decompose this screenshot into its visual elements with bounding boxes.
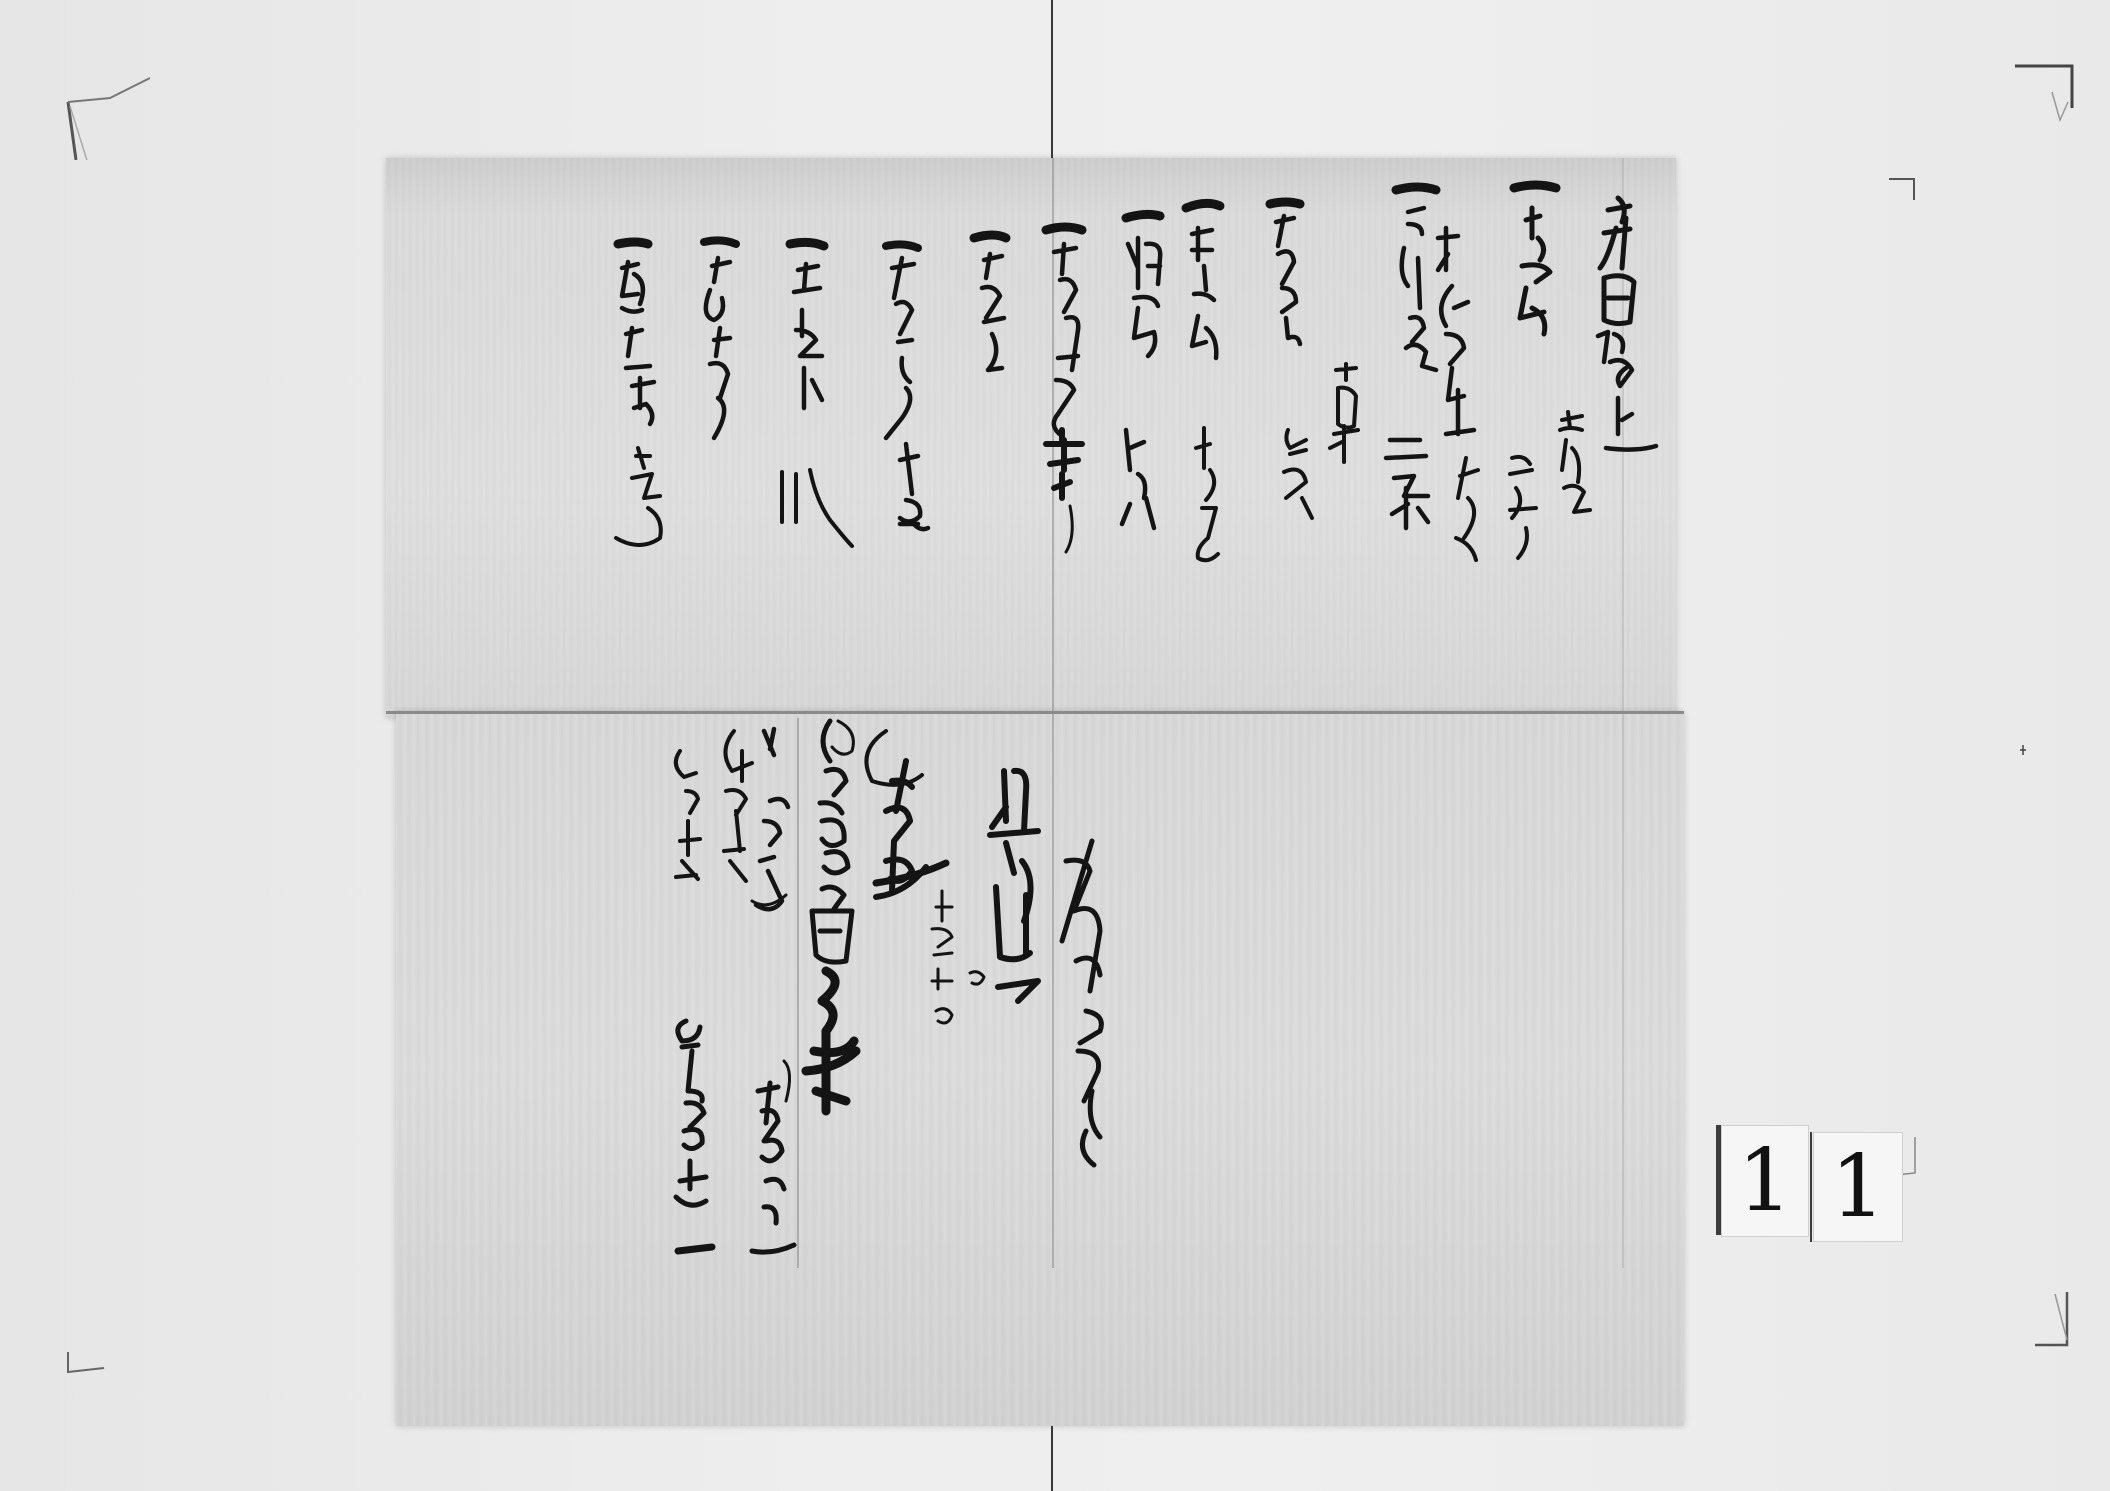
historical-document bbox=[386, 158, 1684, 1268]
archive-number-card-2: 1 bbox=[1813, 1132, 1903, 1242]
registration-mark-top-right bbox=[2010, 60, 2080, 130]
registration-mark-top-left bbox=[60, 70, 150, 160]
calligraphy-upper-sheet bbox=[386, 158, 1684, 718]
registration-mark-bottom-left bbox=[64, 1350, 114, 1380]
registration-mark-bottom-right bbox=[2025, 1290, 2085, 1350]
archive-digit: 1 bbox=[1738, 1138, 1793, 1224]
tick-mark-right bbox=[2018, 745, 2028, 755]
registration-mark-inner-top-right bbox=[1886, 175, 1926, 215]
card-divider bbox=[1810, 1132, 1812, 1242]
calligraphy-lower-sheet bbox=[386, 711, 1684, 1268]
archive-digit: 1 bbox=[1831, 1144, 1886, 1230]
archive-number-card-1: 1 bbox=[1721, 1125, 1809, 1237]
